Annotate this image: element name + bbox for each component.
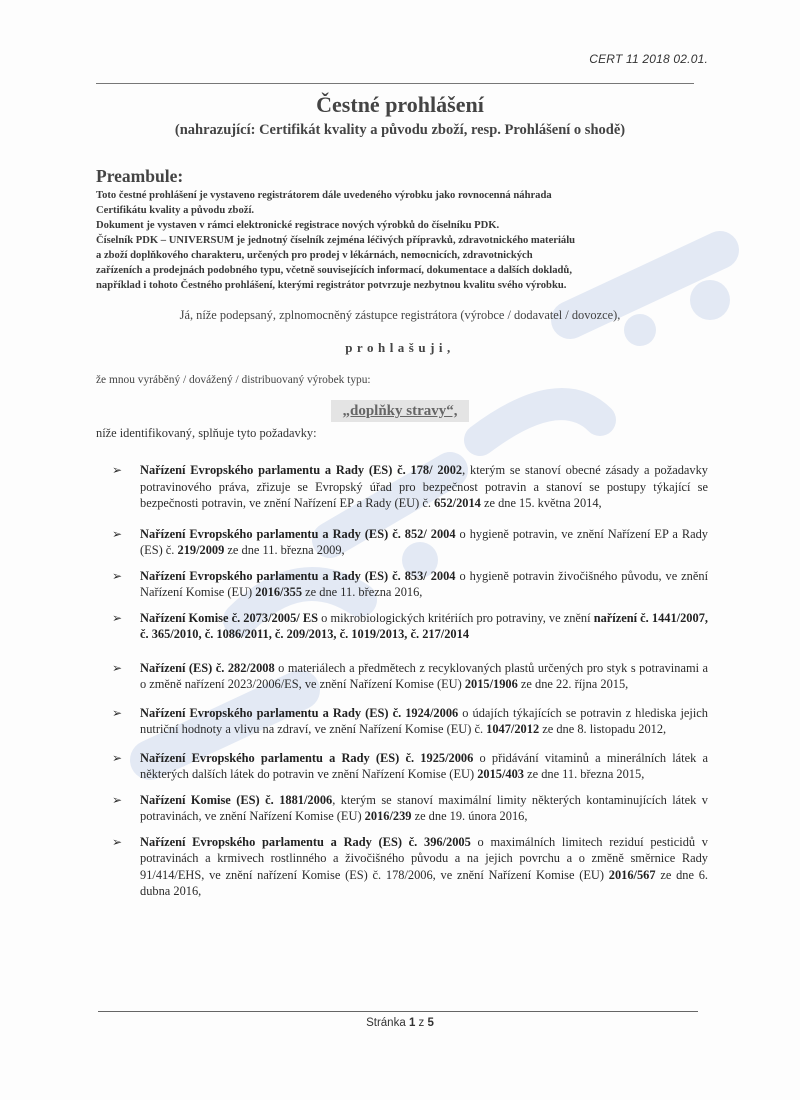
arrow-bullet-icon: ➢ [112,526,122,543]
preamble-line: Certifikátu kvality a původu zboží. [96,203,716,218]
requirements-intro: níže identifikovaný, splňuje tyto požada… [96,426,317,441]
regulation-ref: Nařízení Evropského parlamentu a Rady (E… [140,706,458,720]
page-sep: z [419,1017,425,1029]
requirement-item: ➢Nařízení Evropského parlamentu a Rady (… [112,568,708,601]
regulation-ref: Nařízení Komise (ES) č. 1881/2006 [140,793,332,807]
requirements-list: ➢Nařízení Evropského parlamentu a Rady (… [112,462,708,900]
signatory-line: Já, níže podepsaný, zplnomocněný zástupc… [0,308,800,323]
arrow-bullet-icon: ➢ [112,462,122,479]
regulation-ref: Nařízení Evropského parlamentu a Rady (E… [140,569,456,583]
arrow-bullet-icon: ➢ [112,834,122,851]
regulation-ref: Nařízení Evropského parlamentu a Rady (E… [140,463,462,477]
product-type: „doplňky stravy“, [331,400,469,422]
regulation-ref: 2016/355 [255,585,302,599]
footer-divider [98,1011,698,1012]
requirement-item: ➢Nařízení (ES) č. 282/2008 o materiálech… [112,660,708,693]
product-intro: že mnou vyráběný / dovážený / distribuov… [96,374,371,386]
requirement-item: ➢Nařízení Komise č. 2073/2005/ ES o mikr… [112,610,708,643]
regulation-ref: 2015/1906 [465,677,518,691]
arrow-bullet-icon: ➢ [112,705,122,722]
arrow-bullet-icon: ➢ [112,660,122,677]
regulation-ref: 652/2014 [434,496,481,510]
document-title: Čestné prohlášení [0,92,800,118]
requirement-text: ze dne 11. března 2015, [524,767,644,781]
regulation-ref: Nařízení Evropského parlamentu a Rady (E… [140,835,471,849]
requirement-text: ze dne 11. března 2009, [224,543,344,557]
page-label: Stránka [366,1017,406,1029]
page-number: Stránka 1 z 5 [0,1017,800,1029]
regulation-ref: Nařízení (ES) č. 282/2008 [140,661,275,675]
requirement-text: ze dne 22. října 2015, [518,677,628,691]
regulation-ref: 1047/2012 [486,722,539,736]
header-divider [96,83,694,84]
requirement-text: ze dne 19. února 2016, [411,809,527,823]
preamble-line: zařízeních a prodejnách podobného typu, … [96,263,716,278]
document-subtitle: (nahrazující: Certifikát kvality a původ… [0,122,800,139]
requirement-item: ➢Nařízení Evropského parlamentu a Rady (… [112,834,708,900]
regulation-ref: 2016/567 [609,868,656,882]
preamble-line: Toto čestné prohlášení je vystaveno regi… [96,188,716,203]
preamble-body: Toto čestné prohlášení je vystaveno regi… [96,188,716,293]
requirement-item: ➢Nařízení Evropského parlamentu a Rady (… [112,526,708,559]
requirement-item: ➢Nařízení Evropského parlamentu a Rady (… [112,750,708,783]
preamble-line: a zboží doplňkového charakteru, určených… [96,248,716,263]
requirement-text: ze dne 15. května 2014, [481,496,602,510]
regulation-ref: 2015/403 [477,767,524,781]
regulation-ref: Nařízení Evropského parlamentu a Rady (E… [140,751,473,765]
page-total: 5 [428,1017,434,1029]
cert-code: CERT 11 2018 02.01. [589,52,708,66]
preamble-heading: Preambule: [96,166,183,187]
requirement-item: ➢Nařízení Komise (ES) č. 1881/2006, kter… [112,792,708,825]
regulation-ref: 219/2009 [178,543,225,557]
arrow-bullet-icon: ➢ [112,610,122,627]
preamble-line: například i tohoto Čestného prohlášení, … [96,278,716,293]
preamble-line: Dokument je vystaven v rámci elektronick… [96,218,716,233]
requirement-text: o mikrobiologických kritériích pro potra… [318,611,594,625]
declare-heading: prohlašuji, [0,340,800,356]
requirement-text: ze dne 8. listopadu 2012, [539,722,666,736]
document-page: CERT 11 2018 02.01. Čestné prohlášení (n… [0,0,800,1100]
regulation-ref: Nařízení Evropského parlamentu a Rady (E… [140,527,456,541]
page-current: 1 [409,1017,415,1029]
requirement-item: ➢Nařízení Evropského parlamentu a Rady (… [112,705,708,738]
arrow-bullet-icon: ➢ [112,792,122,809]
arrow-bullet-icon: ➢ [112,568,122,585]
preamble-line: Číselník PDK – UNIVERSUM je jednotný čís… [96,233,716,248]
regulation-ref: Nařízení Komise č. 2073/2005/ ES [140,611,318,625]
regulation-ref: 2016/239 [365,809,412,823]
requirement-text: ze dne 11. března 2016, [302,585,422,599]
requirement-item: ➢Nařízení Evropského parlamentu a Rady (… [112,462,708,512]
arrow-bullet-icon: ➢ [112,750,122,767]
